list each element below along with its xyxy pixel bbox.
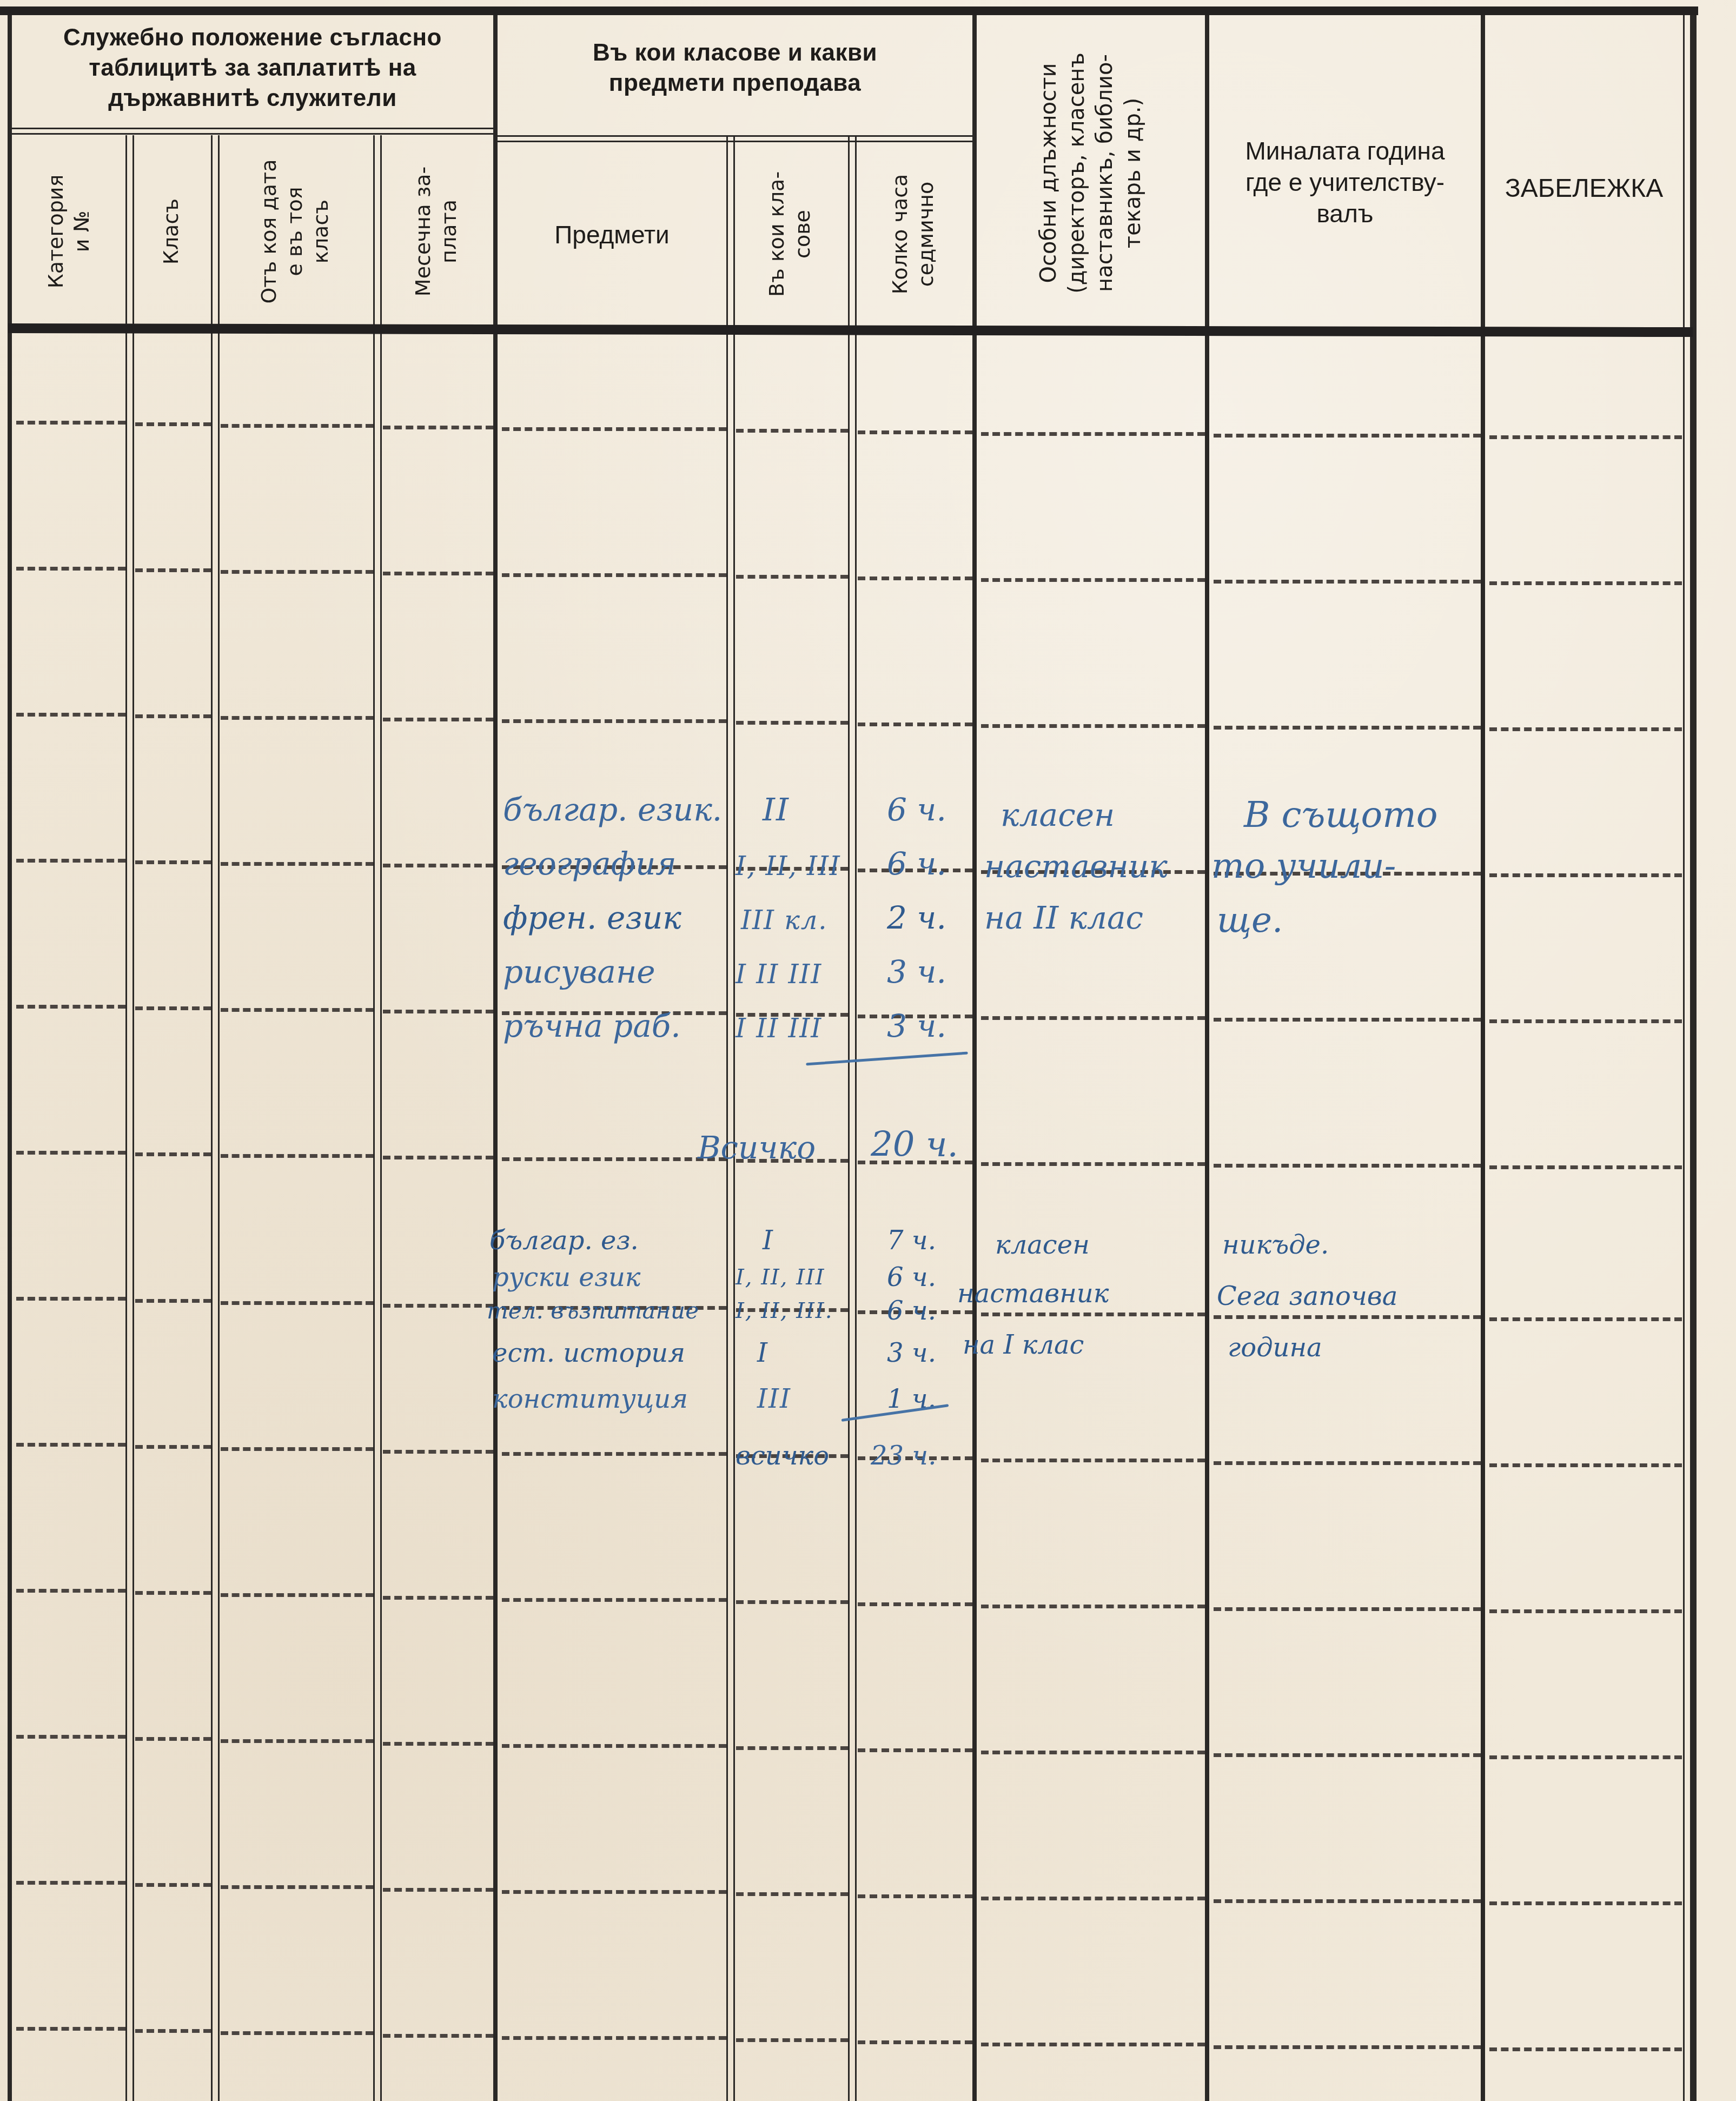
row-rule-segment — [135, 860, 211, 864]
header-monthly-salary: Месечна за- плата — [379, 138, 493, 324]
classes-cell: I, II, III — [736, 1260, 825, 1295]
row-rule-segment — [858, 576, 972, 580]
special-duty-line: на I клас — [963, 1328, 1084, 1362]
row-rule-segment — [1214, 1607, 1481, 1611]
row-rule-segment — [736, 721, 848, 725]
row-rule-segment — [736, 1746, 848, 1750]
header-last-year: Миналата година где е учителству- валъ — [1209, 135, 1481, 229]
row-rule-segment — [502, 573, 726, 577]
row-rule-segment — [981, 724, 1205, 728]
header-date-in-class: Отъ коя дата е въ тоя класъ — [216, 138, 373, 324]
header-subjects-group: Въ кои класове и какви предмети преподав… — [498, 38, 972, 98]
last-year-line: В същото — [1244, 798, 1438, 832]
classes-cell: III кл. — [741, 903, 828, 938]
row-rule-segment — [383, 1010, 493, 1013]
subject-cell: българ. език. — [503, 792, 722, 827]
last-year-line: то учили- — [1211, 849, 1396, 884]
row-rule-segment — [383, 2034, 493, 2038]
last-year-line: ще. — [1217, 903, 1283, 938]
row-rule-segment — [1214, 1018, 1481, 1022]
header-service-group: Служебно положение съгласно таблицитѣ за… — [12, 23, 493, 114]
row-rule-segment — [383, 718, 493, 721]
row-rule-segment — [981, 578, 1205, 582]
row-rule-segment — [1214, 1899, 1481, 1903]
row-rule-segment — [1489, 1165, 1682, 1169]
special-duty-line: на II клас — [984, 900, 1143, 935]
row-rule-segment — [981, 1897, 1205, 1900]
header-subjects: Предмети — [498, 219, 726, 250]
row-rule-segment — [135, 1737, 211, 1741]
row-rule-segment — [135, 422, 211, 426]
row-rule-segment — [1489, 1317, 1682, 1321]
row-rule-segment — [221, 1447, 373, 1451]
row-rule-segment — [502, 1598, 726, 1602]
row-rule-segment — [858, 1748, 972, 1752]
row-rule-segment — [502, 1744, 726, 1748]
row-rule-segment — [16, 2027, 125, 2031]
row-rule-segment — [1489, 2047, 1682, 2051]
row-rule-segment — [502, 1890, 726, 1894]
row-rule-segment — [736, 575, 848, 579]
row-rule-segment — [981, 432, 1205, 436]
row-rule-segment — [16, 1151, 125, 1155]
special-duty-line: класен — [1000, 798, 1115, 832]
row-rule-segment — [1489, 581, 1682, 585]
classes-cell: III — [757, 1382, 791, 1416]
header-hours-weekly: Колко часа седмично — [853, 143, 972, 324]
row-rule-segment — [16, 1589, 125, 1593]
row-rule-segment — [858, 430, 972, 434]
row-rule-segment — [502, 2036, 726, 2040]
row-rule-segment — [221, 1593, 373, 1597]
classes-cell: I, II, III. — [736, 1294, 833, 1328]
special-duty-line: наставник — [957, 1276, 1109, 1311]
row-rule-segment — [221, 1739, 373, 1743]
hours-cell: 2 ч. — [887, 900, 946, 935]
row-rule-segment — [502, 1157, 726, 1161]
col-divider-category — [125, 135, 134, 2101]
group-rule-subjects-2 — [498, 141, 972, 142]
row-rule-segment — [1214, 2045, 1481, 2049]
subject-cell: българ. ез. — [489, 1223, 639, 1258]
row-rule-segment — [502, 719, 726, 723]
row-rule-segment — [1489, 1609, 1682, 1613]
header-bottom-rule — [8, 323, 1693, 337]
last-year-line: година — [1228, 1330, 1322, 1365]
row-rule-segment — [502, 427, 726, 431]
special-duty-line: класен — [995, 1228, 1090, 1262]
hours-cell: 6 ч. — [887, 1294, 936, 1328]
subject-cell: рисуване — [503, 955, 655, 989]
row-rule-segment — [221, 1008, 373, 1012]
last-year-line: Сега започва — [1217, 1279, 1397, 1314]
row-rule-segment — [16, 859, 125, 863]
hours-cell: 6 ч. — [887, 846, 946, 881]
row-rule-segment — [981, 1162, 1205, 1166]
subject-cell: конституция — [492, 1382, 688, 1416]
row-rule-segment — [383, 1156, 493, 1159]
row-rule-segment — [16, 713, 125, 717]
group-rule-service-1 — [11, 128, 493, 129]
col-divider-date — [373, 135, 382, 2101]
row-rule-segment — [736, 1600, 848, 1604]
hours-cell: 6 ч. — [887, 792, 946, 827]
header-remark: ЗАБЕЛЕЖКА — [1485, 173, 1683, 204]
row-rule-segment — [1489, 1755, 1682, 1759]
subject-cell: тел. възпитание — [487, 1294, 699, 1328]
row-rule-segment — [1489, 727, 1682, 731]
col-divider-class — [211, 135, 220, 2101]
row-rule-segment — [736, 2038, 848, 2042]
row-rule-segment — [16, 1443, 125, 1447]
special-duty-line: наставник — [984, 849, 1168, 884]
classes-cell: II — [763, 792, 790, 827]
row-rule-segment — [1214, 434, 1481, 438]
total-hours: 23 ч. — [871, 1439, 936, 1473]
row-rule-segment — [858, 723, 972, 726]
header-special-duties: Особни длъжности (директоръ, класенъ нас… — [977, 22, 1205, 324]
total-label: всичко — [736, 1439, 829, 1473]
row-rule-segment — [383, 1596, 493, 1600]
classes-cell: I II III — [736, 1011, 822, 1046]
header-in-which-classes: Въ кои кла- сове — [732, 143, 848, 324]
row-rule-segment — [135, 714, 211, 718]
row-rule-segment — [1489, 1901, 1682, 1905]
form-page: Служебно положение съгласно таблицитѣ за… — [0, 0, 1736, 2101]
row-rule-segment — [16, 1881, 125, 1885]
row-rule-segment — [981, 1751, 1205, 1754]
row-rule-segment — [383, 426, 493, 429]
hours-cell: 3 ч. — [887, 1009, 946, 1043]
classes-cell: I — [763, 1223, 774, 1258]
total-hours: 20 ч. — [871, 1128, 958, 1162]
subject-cell: ръчна раб. — [503, 1009, 681, 1043]
classes-cell: I — [757, 1336, 768, 1370]
row-rule-segment — [135, 1006, 211, 1010]
row-rule-segment — [221, 1154, 373, 1158]
row-rule-segment — [221, 1301, 373, 1305]
classes-cell: I II III — [736, 957, 822, 992]
row-rule-segment — [221, 570, 373, 574]
row-rule-segment — [221, 424, 373, 428]
row-rule-segment — [16, 1005, 125, 1009]
row-rule-segment — [135, 1883, 211, 1887]
row-rule-segment — [135, 1445, 211, 1449]
row-rule-segment — [1214, 726, 1481, 730]
total-label: Всичко — [698, 1130, 816, 1165]
row-rule-segment — [1214, 1315, 1481, 1319]
row-rule-segment — [221, 862, 373, 866]
row-rule-segment — [858, 2040, 972, 2044]
row-rule-segment — [1214, 1753, 1481, 1757]
row-rule-segment — [383, 864, 493, 867]
row-rule-segment — [135, 568, 211, 572]
classes-cell: I, II, III — [736, 849, 841, 884]
row-rule-segment — [383, 1742, 493, 1746]
row-rule-segment — [135, 2029, 211, 2033]
hours-cell: 6 ч. — [887, 1260, 936, 1295]
row-rule-segment — [383, 572, 493, 575]
row-rule-segment — [981, 1459, 1205, 1462]
col-divider-subjects — [726, 135, 735, 2101]
row-rule-segment — [16, 421, 125, 425]
header-category: Категория и № — [12, 138, 125, 324]
row-rule-segment — [858, 1894, 972, 1898]
row-rule-segment — [1214, 580, 1481, 584]
row-rule-segment — [1489, 435, 1682, 439]
row-rule-segment — [1214, 1164, 1481, 1168]
row-rule-segment — [383, 1304, 493, 1308]
row-rule-segment — [16, 1297, 125, 1301]
top-border-rule — [0, 6, 1698, 15]
header-class: Класъ — [131, 138, 211, 324]
row-rule-segment — [383, 1888, 493, 1892]
row-rule-segment — [135, 1591, 211, 1595]
row-rule-segment — [736, 429, 848, 433]
row-rule-segment — [1214, 1461, 1481, 1465]
hours-cell: 3 ч. — [887, 1336, 936, 1370]
row-rule-segment — [16, 1735, 125, 1739]
total-underline — [806, 1052, 968, 1066]
row-rule-segment — [736, 1892, 848, 1896]
row-rule-segment — [135, 1152, 211, 1156]
hours-cell: 3 ч. — [887, 955, 946, 989]
subject-cell: география — [503, 846, 677, 881]
row-rule-segment — [16, 567, 125, 571]
group-rule-service-2 — [11, 133, 493, 135]
row-rule-segment — [858, 1602, 972, 1606]
row-rule-segment — [221, 2031, 373, 2035]
subject-cell: ест. история — [492, 1336, 685, 1370]
row-rule-segment — [135, 1299, 211, 1303]
row-rule-segment — [981, 1016, 1205, 1020]
row-rule-segment — [383, 1450, 493, 1454]
row-rule-segment — [1489, 873, 1682, 877]
group-rule-subjects-1 — [498, 135, 972, 137]
row-rule-segment — [1489, 1019, 1682, 1023]
row-rule-segment — [502, 1452, 726, 1456]
col-divider-classes — [848, 135, 857, 2101]
last-year-line: никъде. — [1222, 1228, 1329, 1262]
subject-cell: руски език — [492, 1260, 640, 1295]
subject-cell: френ. език — [503, 900, 681, 935]
row-rule-segment — [981, 1313, 1205, 1316]
row-rule-segment — [221, 1885, 373, 1889]
hours-cell: 7 ч. — [887, 1223, 936, 1258]
row-rule-segment — [1489, 1463, 1682, 1467]
row-rule-segment — [221, 716, 373, 720]
row-rule-segment — [981, 1605, 1205, 1608]
row-rule-segment — [981, 2043, 1205, 2046]
